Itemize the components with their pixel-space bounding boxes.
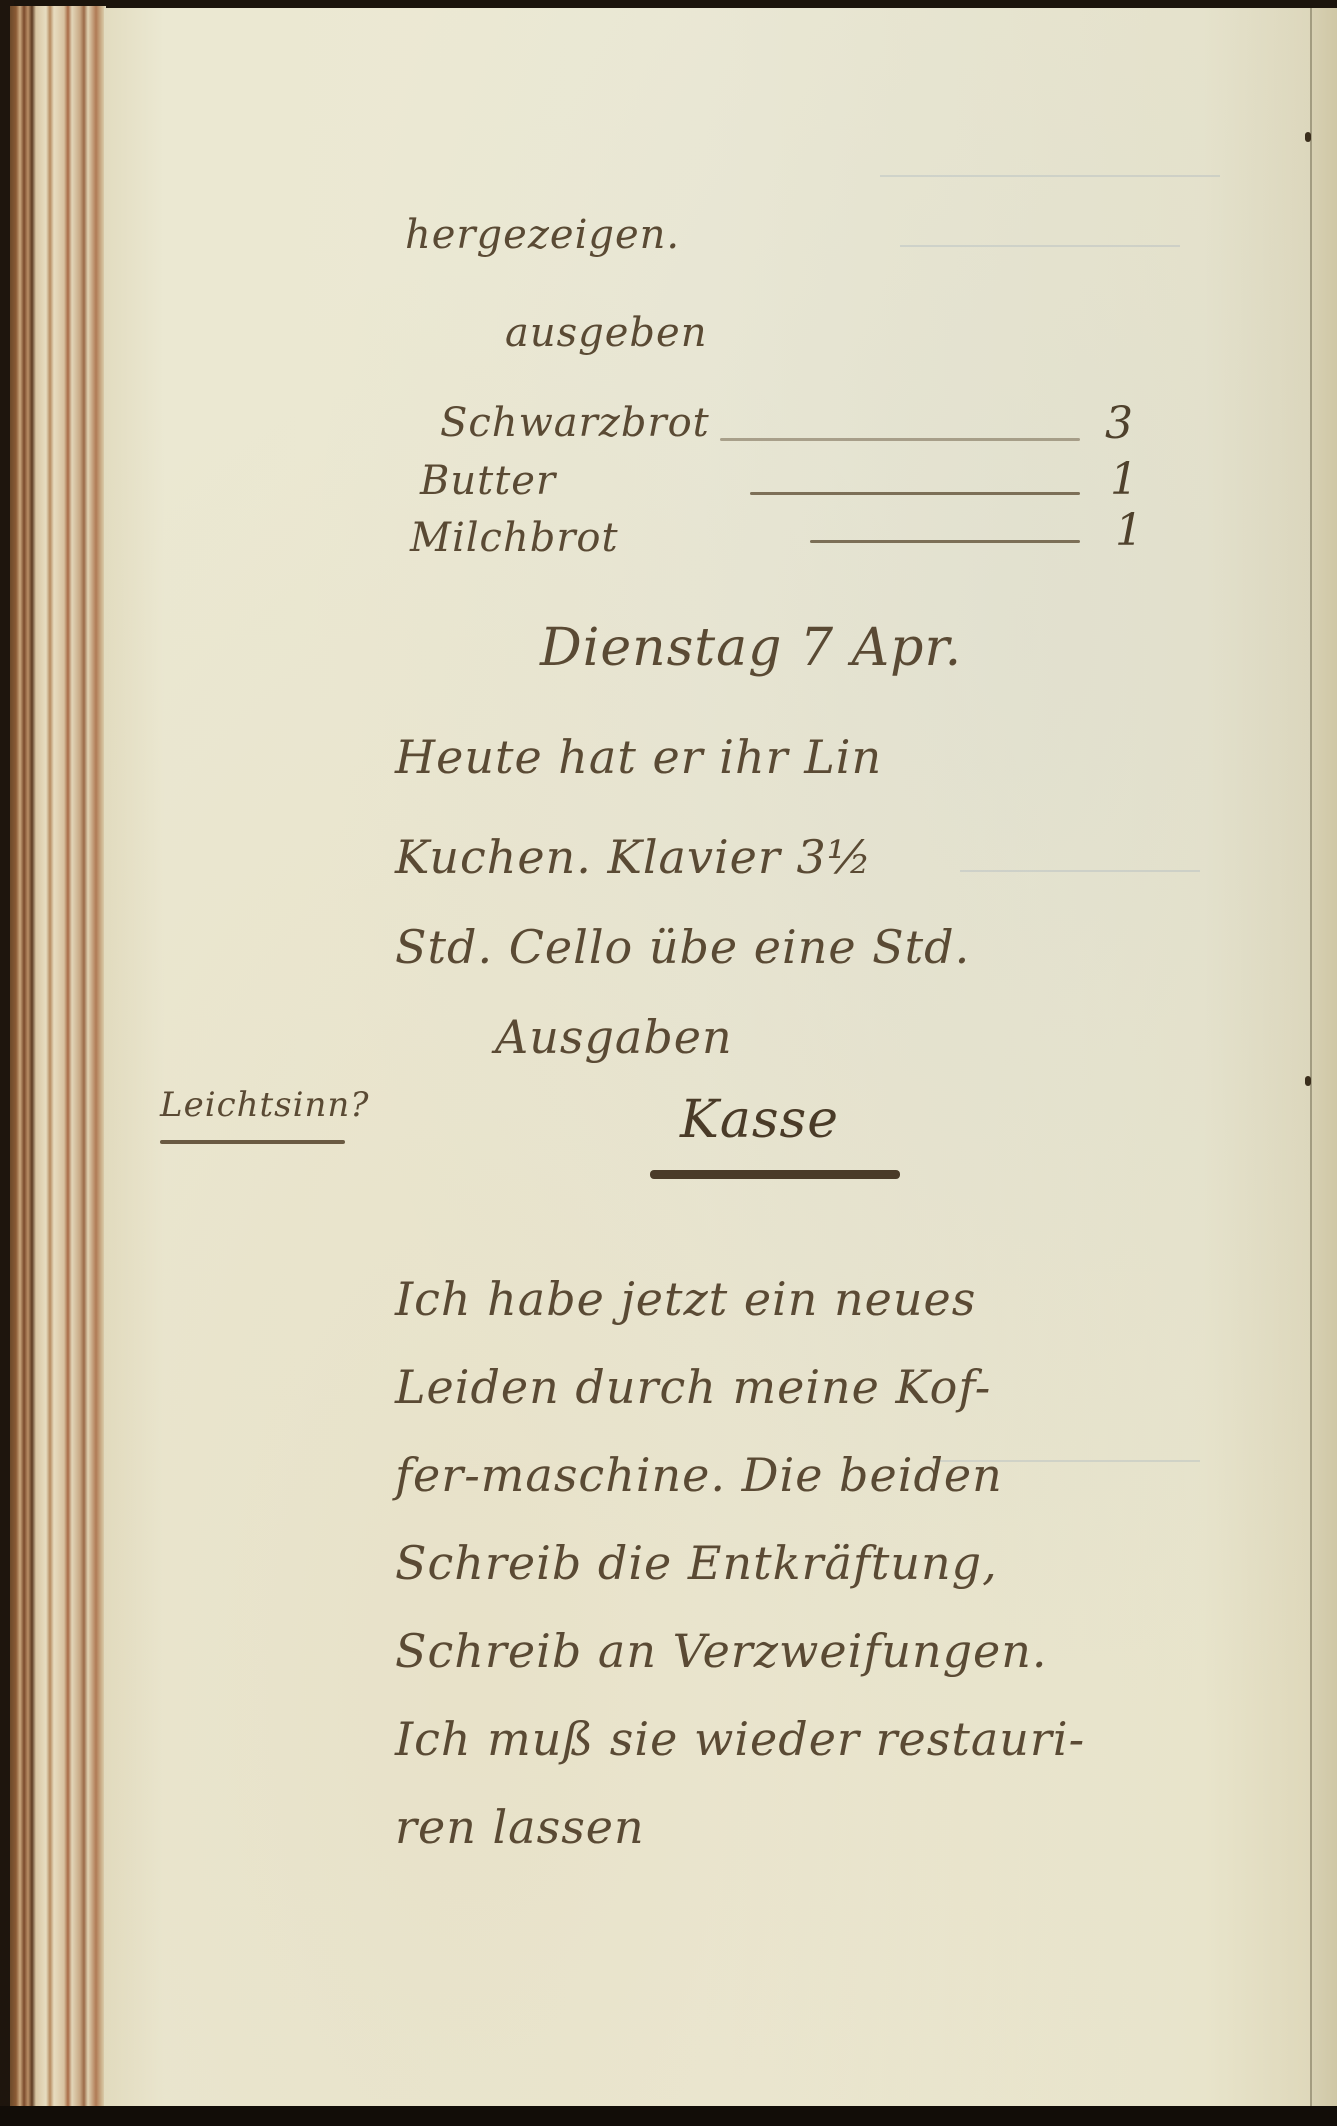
- margin-note: Leichtsinn?: [160, 1085, 370, 1125]
- entry-subheading: Ausgaben: [495, 1010, 733, 1064]
- paragraph-line: Ich muß sie wieder restauri-: [395, 1712, 1085, 1766]
- bleed-through-mark: [900, 245, 1180, 247]
- top-shadow: [0, 0, 1337, 8]
- bleed-through-mark: [960, 870, 1200, 872]
- margin-note-underline: [160, 1140, 345, 1144]
- ledger-item-amount: 1: [1110, 454, 1138, 505]
- paragraph-line: Ich habe jetzt ein neues: [395, 1272, 976, 1326]
- bottom-shadow: [0, 2106, 1337, 2126]
- ledger-item-label: Schwarzbrot: [440, 400, 710, 446]
- ledger-heading: ausgeben: [505, 310, 707, 356]
- paragraph-line: Schreib die Entkräftung,: [395, 1536, 998, 1590]
- leader-line: [720, 438, 1080, 441]
- entry-line: Heute hat er ihr Lin: [395, 730, 882, 784]
- opening-line: hergezeigen.: [405, 212, 680, 258]
- section-title-underline: [650, 1170, 900, 1179]
- ledger-item-amount: 3: [1105, 398, 1133, 449]
- date-heading: Dienstag 7 Apr.: [540, 618, 962, 678]
- bleed-through-mark: [880, 175, 1220, 177]
- section-title: Kasse: [680, 1090, 839, 1150]
- paragraph-line: Leiden durch meine Kof-: [395, 1360, 991, 1414]
- paragraph-line: fer-maschine. Die beiden: [395, 1448, 1003, 1502]
- page-fold-line: [1310, 8, 1312, 2106]
- facing-page-strip: [1312, 8, 1337, 2106]
- stacked-page-edges: [10, 6, 106, 2108]
- leader-line: [810, 540, 1080, 543]
- binding-hole: [1305, 132, 1311, 142]
- leader-line: [750, 492, 1080, 495]
- ledger-item-amount: 1: [1115, 505, 1143, 556]
- paragraph-line: ren lassen: [395, 1800, 645, 1854]
- ledger-item-label: Milchbrot: [410, 515, 619, 561]
- binding-hole: [1305, 1076, 1311, 1086]
- paragraph-line: Schreib an Verzweifungen.: [395, 1624, 1048, 1678]
- ledger-item-label: Butter: [420, 458, 556, 504]
- entry-line: Std. Cello übe eine Std.: [395, 920, 970, 974]
- entry-line: Kuchen. Klavier 3½: [395, 830, 872, 884]
